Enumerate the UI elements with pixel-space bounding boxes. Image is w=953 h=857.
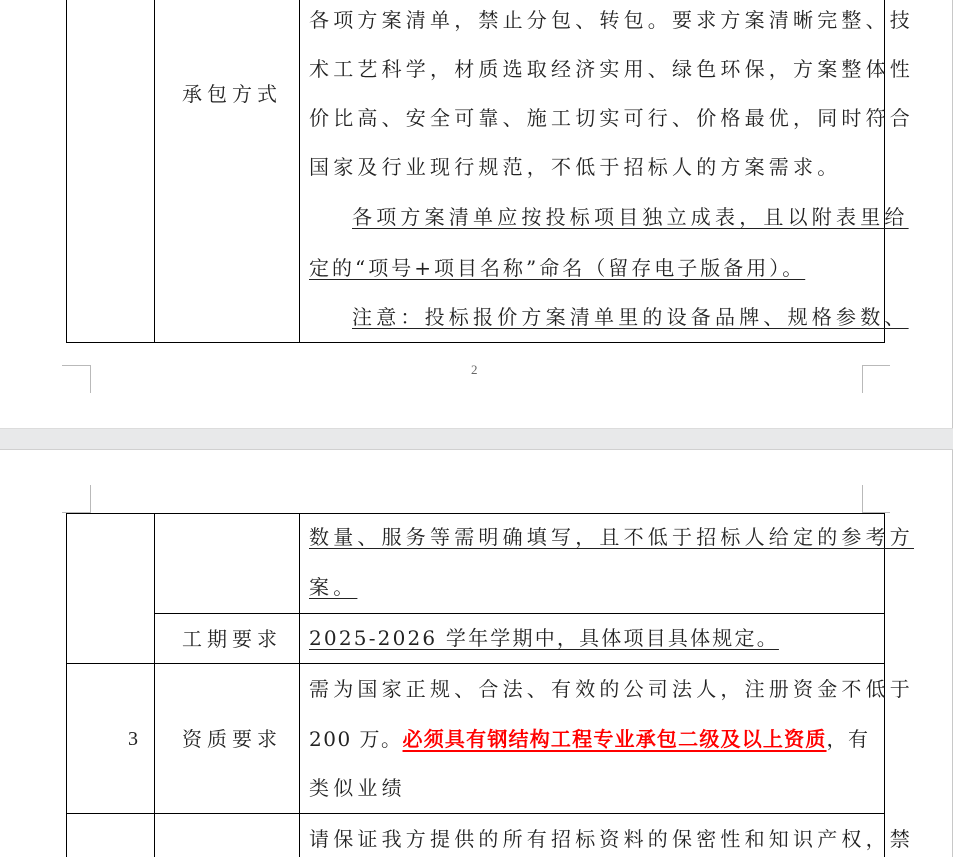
table-column-divider [154,0,155,343]
row-label-qualification: 资质要求 [182,727,282,751]
table-border-left [66,513,67,857]
contract-underlined-line-2: 定的“项号+项目名称”命名（留存电子版备用）。 [309,256,805,280]
crop-mark-bottom-right [862,365,890,366]
page-gap [0,428,953,450]
schedule-value: 2025-2026 学年学期中，具体项目具体规定。 [309,626,779,650]
table-border-bottom [66,342,885,343]
crop-mark-bottom-right [862,365,863,393]
continued-underlined-line-2: 案。 [309,575,357,599]
table-column-divider [299,0,300,343]
table-row-divider [154,613,885,614]
row-number: 3 [128,728,138,751]
crop-mark-top-left [90,485,91,513]
contract-text-line-3: 价比高、安全可靠、施工切实可行、价格最优，同时符合 [309,106,914,130]
contract-text-line-2: 术工艺科学，材质选取经济实用、绿色环保，方案整体性 [309,57,914,81]
table-row-divider [66,663,885,664]
table-border-right [884,0,885,343]
page-number: 2 [471,362,478,378]
contract-underlined-line-1: 各项方案清单应按投标项目独立成表，且以附表里给 [352,205,909,229]
row-label-contract-method: 承包方式 [182,82,282,106]
table-border-left [66,0,67,343]
qualification-capital: 200 万。 [309,727,403,751]
table-border-top [66,513,885,514]
qualification-line-1: 需为国家正规、合法、有效的公司法人，注册资金不低于 [309,677,914,701]
table-row-divider [66,813,885,814]
confidentiality-line-1: 请保证我方提供的所有招标资料的保密性和知识产权，禁 [309,827,914,851]
contract-text-line-1: 各项方案清单，禁止分包、转包。要求方案清晰完整、技 [309,8,914,32]
table-column-divider [154,513,155,857]
crop-mark-bottom-left [62,365,90,366]
table-column-divider [299,513,300,857]
crop-mark-top-right [862,485,863,513]
contract-text-line-4: 国家及行业现行规范，不低于招标人的方案需求。 [309,155,841,179]
document-page-2: 承包方式 各项方案清单，禁止分包、转包。要求方案清晰完整、技 术工艺科学，材质选… [0,0,953,428]
qualification-suffix: ，有 [827,727,870,751]
qualification-line-2: 200 万。必须具有钢结构工程专业承包二级及以上资质，有 [309,727,870,751]
crop-mark-bottom-left [90,365,91,393]
continued-underlined-line-1: 数量、服务等需明确填写，且不低于招标人给定的参考方 [309,525,914,549]
document-page-3: 数量、服务等需明确填写，且不低于招标人给定的参考方 案。 工期要求 2025-2… [0,450,953,857]
qualification-line-3: 类似业绩 [309,776,406,800]
row-label-schedule: 工期要求 [182,627,282,651]
qualification-highlight: 必须具有钢结构工程专业承包二级及以上资质 [403,727,827,751]
contract-underlined-line-3: 注意：投标报价方案清单里的设备品牌、规格参数、 [352,305,909,329]
